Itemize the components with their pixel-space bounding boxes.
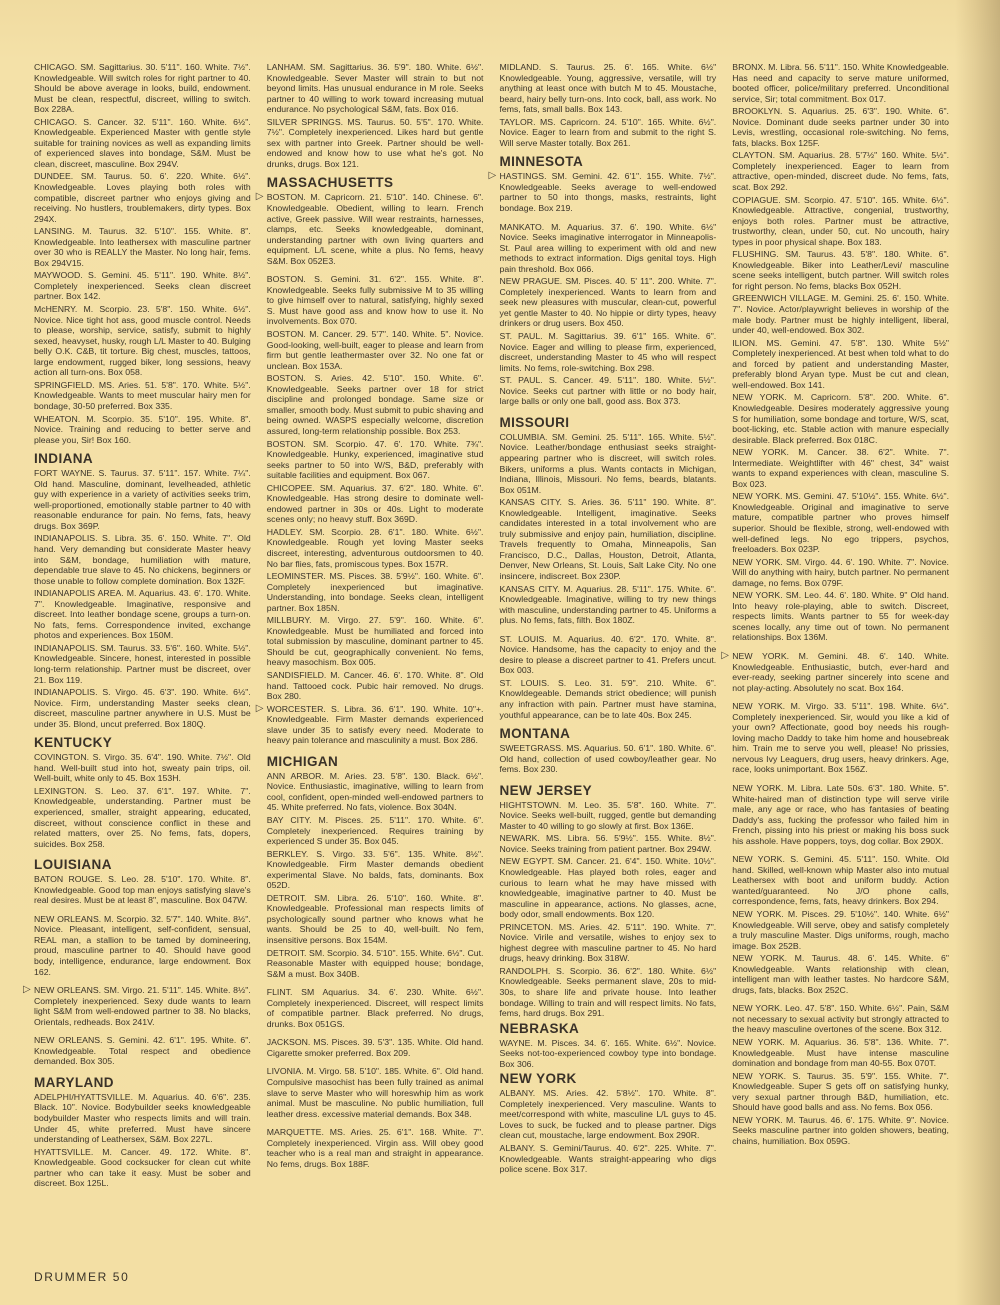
classified-ad: NEW YORK. S. Taurus. 35. 5'9". 155. Whit… xyxy=(732,1071,949,1113)
ad-text: FLINT. SM Aquarius. 34. 6'. 230. White. … xyxy=(267,987,484,1029)
ad-text: BOSTON. M. Capricorn. 21. 5'10". 140. Ch… xyxy=(267,192,484,265)
ad-text: DETROIT. SM. Scorpio. 34. 5'10". 155. Wh… xyxy=(267,948,484,979)
ad-text: MILLBURY. M. Virgo. 27. 5'9". 160. White… xyxy=(267,615,484,667)
classified-ad: BOSTON. S. Gemini. 31. 6'2". 155. White.… xyxy=(267,274,484,327)
classified-ad: ST. PAUL. M. Sagittarius. 39. 6'1" 165. … xyxy=(500,331,717,373)
ad-text: NEW YORK. M. Libra. Late 50s. 6'3". 180.… xyxy=(732,783,949,846)
ad-text: NEW ORLEANS. M. Scorpio. 32. 5'7". 140. … xyxy=(34,914,251,977)
classified-ad: SWEETGRASS. MS. Aquarius. 50. 6'1". 180.… xyxy=(500,743,717,775)
ad-text: SANDISFIELD. M. Cancer. 46. 6'. 170. Whi… xyxy=(267,670,484,701)
classified-ad: DETROIT. SM. Libra. 26. 5'10". 160. Whit… xyxy=(267,893,484,946)
ad-text: HYATTSVILLE. M. Cancer. 49. 172. White. … xyxy=(34,1147,251,1189)
classified-ad: NEW YORK. SM. Leo. 44. 6'. 180. White. 9… xyxy=(732,590,949,643)
ad-text: ADELPHI/HYATTSVILLE. M. Aquarius. 40. 6'… xyxy=(34,1092,251,1144)
column-2: LANHAM. SM. Sagittarius. 36. 5'9". 180. … xyxy=(267,62,484,1257)
classified-ad: ADELPHI/HYATTSVILLE. M. Aquarius. 40. 6'… xyxy=(34,1092,251,1145)
ad-text: CHICAGO. SM. Sagittarius. 30. 5'11". 160… xyxy=(34,62,251,114)
ad-text: ANN ARBOR. M. Aries. 23. 5'8". 130. Blac… xyxy=(267,771,484,813)
classified-ad: NEW YORK. M. Taurus. 46. 6'. 175. White.… xyxy=(732,1115,949,1147)
classified-ad: MILLBURY. M. Virgo. 27. 5'9". 160. White… xyxy=(267,615,484,668)
ad-text: ALBANY. S. Gemini/Taurus. 40. 6'2". 225.… xyxy=(500,1143,717,1174)
column-1: CHICAGO. SM. Sagittarius. 30. 5'11". 160… xyxy=(34,62,251,1257)
ad-text: WORCESTER. S. Libra. 36. 6'1". 190. Whit… xyxy=(267,704,484,746)
ad-text: NEW YORK. Leo. 47. 5'8". 150. White. 6½"… xyxy=(732,1003,949,1034)
ad-text: KANSAS CITY. S. Aries. 36. 5'11" 190. Wh… xyxy=(500,497,717,581)
classified-ad: LEXINGTON. S. Leo. 37. 6'1". 197. White.… xyxy=(34,786,251,849)
ad-text: MARQUETTE. MS. Aries. 25. 6'1". 168. Whi… xyxy=(267,1127,484,1169)
classified-ad: KANSAS CITY. M. Aquarius. 28. 5'11". 175… xyxy=(500,584,717,626)
classified-ad: CLAYTON. SM. Aquarius. 28. 5'7½" 160. Wh… xyxy=(732,150,949,192)
classified-ad: BROOKLYN. S. Aquarius. 25. 6'3". 190. Wh… xyxy=(732,106,949,148)
classified-ad: NEW YORK. SM. Virgo. 44. 6'. 190. White.… xyxy=(732,557,949,589)
ad-text: FORT WAYNE. S. Taurus. 37. 5'11". 157. W… xyxy=(34,468,251,531)
classified-ad: NEW YORK. M. Capricorn. 5'8". 200. White… xyxy=(732,392,949,445)
state-heading: NEW YORK xyxy=(500,1071,717,1086)
classified-ad: HIGHTSTOWN. M. Leo. 35. 5'8". 160. White… xyxy=(500,800,717,832)
classified-ad: BRONX. M. Libra. 56. 5'11". 150. White K… xyxy=(732,62,949,104)
classified-ad: DETROIT. SM. Scorpio. 34. 5'10". 155. Wh… xyxy=(267,948,484,980)
classified-ad: INDIANAPOLIS. S. Libra. 35. 6'. 150. Whi… xyxy=(34,533,251,586)
ad-text: NEW ORLEANS. S. Gemini. 42. 6'1". 195. W… xyxy=(34,1035,251,1066)
ad-text: DETROIT. SM. Libra. 26. 5'10". 160. Whit… xyxy=(267,893,484,945)
ad-text: WHEATON. M. Scorpio. 35. 5'10". 195. Whi… xyxy=(34,414,251,445)
classified-ad: NEW ORLEANS. M. Scorpio. 32. 5'7". 140. … xyxy=(34,914,251,977)
classified-ad: MANKATO. M. Aquarius. 37. 6'. 190. White… xyxy=(500,222,717,275)
classified-ad: HYATTSVILLE. M. Cancer. 49. 172. White. … xyxy=(34,1147,251,1189)
classified-ad: BAY CITY. M. Pisces. 25. 5'11". 170. Whi… xyxy=(267,815,484,847)
ad-text: NEW YORK. S. Gemini. 45. 5'11". 150. Whi… xyxy=(732,854,949,906)
ad-text: COLUMBIA. SM. Gemini. 25. 5'11". 165. Wh… xyxy=(500,432,717,495)
classified-ad: RANDOLPH. S. Scorpio. 36. 6'2". 180. Whi… xyxy=(500,966,717,1019)
ad-text: PRINCETON. MS. Aries. 42. 5'11". 190. Wh… xyxy=(500,922,717,964)
state-heading: INDIANA xyxy=(34,451,251,466)
classified-ad: ST. LOUIS. M. Aquarius. 40. 6'2". 170. W… xyxy=(500,634,717,676)
state-heading: KENTUCKY xyxy=(34,735,251,750)
classified-ad: HADLEY. SM. Scorpio. 28. 6'1". 180. Whit… xyxy=(267,527,484,569)
ad-text: NEW YORK. SM. Leo. 44. 6'. 180. White. 9… xyxy=(732,590,949,642)
ad-text: BAY CITY. M. Pisces. 25. 5'11". 170. Whi… xyxy=(267,815,484,846)
ad-text: LIVONIA. M. Virgo. 58. 5'10". 185. White… xyxy=(267,1066,484,1118)
classified-ad: ST. LOUIS. S. Leo. 31. 5'9". 210. White.… xyxy=(500,678,717,720)
ad-text: ILION. MS. Gemini. 47. 5'8". 130. White … xyxy=(732,338,949,390)
ad-text: CHICAGO. S. Cancer. 32. 5'11". 160. Whit… xyxy=(34,117,251,169)
ad-text: NEW YORK. S. Taurus. 35. 5'9". 155. Whit… xyxy=(732,1071,949,1113)
classified-ad: ANN ARBOR. M. Aries. 23. 5'8". 130. Blac… xyxy=(267,771,484,813)
ad-text: CLAYTON. SM. Aquarius. 28. 5'7½" 160. Wh… xyxy=(732,150,949,192)
ad-text: NEW YORK. MS. Gemini. 47. 5'10½". 155. W… xyxy=(732,491,949,554)
ad-text: SILVER SPRINGS. MS. Taurus. 50. 5'5". 17… xyxy=(267,117,484,169)
classified-ad: ▷NEW YORK. M. Gemini. 48. 6'. 140. White… xyxy=(732,651,949,693)
ad-text: TAYLOR. MS. Capricorn. 24. 5'10". 165. W… xyxy=(500,117,717,148)
ad-text: WAYNE. M. Pisces. 34. 6'. 165. White. 6½… xyxy=(500,1038,717,1069)
ad-text: BERKLEY. S. Virgo. 33. 5'6". 135. White.… xyxy=(267,849,484,891)
classified-ad: INDIANAPOLIS AREA. M. Aquarius. 43. 6'. … xyxy=(34,588,251,641)
state-heading: MICHIGAN xyxy=(267,754,484,769)
ad-text: SPRINGFIELD. MS. Aries. 51. 5'8". 170. W… xyxy=(34,380,251,411)
classified-ad: MIDLAND. S. Taurus. 25. 6'. 165. White. … xyxy=(500,62,717,115)
ad-text: NEW ORLEANS. SM. Virgo. 21. 5'11". 145. … xyxy=(34,985,251,1027)
classified-ad: FORT WAYNE. S. Taurus. 37. 5'11". 157. W… xyxy=(34,468,251,531)
magazine-page: CHICAGO. SM. Sagittarius. 30. 5'11". 160… xyxy=(0,0,1000,1305)
classified-ad: CHICOPEE. SM. Aquarius. 37. 6'2". 180. W… xyxy=(267,483,484,525)
classified-ad: NEW YORK. Leo. 47. 5'8". 150. White. 6½"… xyxy=(732,1003,949,1035)
ad-text: NEW YORK. M. Taurus. 48. 6'. 145. White.… xyxy=(732,953,949,995)
classified-ad: LANHAM. SM. Sagittarius. 36. 5'9". 180. … xyxy=(267,62,484,115)
ad-text: NEW PRAGUE. SM. Pisces. 40. 5' 11". 200.… xyxy=(500,276,717,328)
classified-ad: BOSTON. M. Cancer. 29. 5'7". 140. White.… xyxy=(267,329,484,371)
ad-text: ST. PAUL. M. Sagittarius. 39. 6'1" 165. … xyxy=(500,331,717,373)
state-heading: MASSACHUSETTS xyxy=(267,175,484,190)
classified-ad: NEW PRAGUE. SM. Pisces. 40. 5' 11". 200.… xyxy=(500,276,717,329)
ad-text: NEWARK. MS. Libra. 56. 5'9½". 155. White… xyxy=(500,833,717,854)
ad-text: LANSING. M. Taurus. 32. 5'10". 155. Whit… xyxy=(34,226,251,268)
classified-ad: JACKSON. MS. Pisces. 39. 5'3". 135. Whit… xyxy=(267,1037,484,1058)
ad-text: ST. PAUL. S. Cancer. 49. 5'11". 180. Whi… xyxy=(500,375,717,406)
classified-ad: WAYNE. M. Pisces. 34. 6'. 165. White. 6½… xyxy=(500,1038,717,1070)
ad-text: ST. LOUIS. S. Leo. 31. 5'9". 210. White.… xyxy=(500,678,717,720)
ad-text: HADLEY. SM. Scorpio. 28. 6'1". 180. Whit… xyxy=(267,527,484,569)
classified-ad: GREENWICH VILLAGE. M. Gemini. 25. 6'. 15… xyxy=(732,293,949,335)
classified-ad: MAYWOOD. S. Gemini. 45. 5'11". 190. Whit… xyxy=(34,270,251,302)
ad-text: NEW YORK. M. Gemini. 48. 6'. 140. White.… xyxy=(732,651,949,693)
ad-text: JACKSON. MS. Pisces. 39. 5'3". 135. Whit… xyxy=(267,1037,484,1058)
classified-ad: KANSAS CITY. S. Aries. 36. 5'11" 190. Wh… xyxy=(500,497,717,581)
ad-text: BOSTON. M. Cancer. 29. 5'7". 140. White.… xyxy=(267,329,484,371)
classified-ad: LIVONIA. M. Virgo. 58. 5'10". 185. White… xyxy=(267,1066,484,1119)
ad-text: LANHAM. SM. Sagittarius. 36. 5'9". 180. … xyxy=(267,62,484,114)
ad-text: NEW YORK. M. Pisces. 29. 5'10½". 140. Wh… xyxy=(732,909,949,951)
ad-text: BATON ROUGE. S. Leo. 28. 5'10". 170. Whi… xyxy=(34,874,251,905)
column-3: MIDLAND. S. Taurus. 25. 6'. 165. White. … xyxy=(500,62,717,1257)
ad-text: NEW YORK. M. Virgo. 33. 5'11". 198. Whit… xyxy=(732,701,949,774)
classified-ad: ST. PAUL. S. Cancer. 49. 5'11". 180. Whi… xyxy=(500,375,717,407)
classified-ad: NEW ORLEANS. S. Gemini. 42. 6'1". 195. W… xyxy=(34,1035,251,1067)
ad-text: ALBANY. MS. Aries. 42. 5'8½". 170. White… xyxy=(500,1088,717,1140)
state-heading: MISSOURI xyxy=(500,415,717,430)
state-heading: NEW JERSEY xyxy=(500,783,717,798)
ad-text: NEW YORK. M. Cancer. 38. 6'2". White. 7"… xyxy=(732,447,949,489)
ad-text: HASTINGS. SM. Gemini. 42. 6'1". 155. Whi… xyxy=(500,171,717,213)
ad-text: NEW YORK. SM. Virgo. 44. 6'. 190. White.… xyxy=(732,557,949,588)
ad-text: BOSTON. SM. Scorpio. 47. 6'. 170. White.… xyxy=(267,439,484,481)
ad-text: NEW YORK. M. Capricorn. 5'8". 200. White… xyxy=(732,392,949,444)
classified-ad: SILVER SPRINGS. MS. Taurus. 50. 5'5". 17… xyxy=(267,117,484,170)
classified-ad: NEW YORK. S. Gemini. 45. 5'11". 150. Whi… xyxy=(732,854,949,907)
classified-ad: ALBANY. S. Gemini/Taurus. 40. 6'2". 225.… xyxy=(500,1143,717,1175)
triangle-marker-icon: ▷ xyxy=(489,171,497,181)
ad-text: HIGHTSTOWN. M. Leo. 35. 5'8". 160. White… xyxy=(500,800,717,831)
ad-text: COPIAGUE. SM. Scorpio. 47. 5'10". 165. W… xyxy=(732,195,949,247)
classified-ad: PRINCETON. MS. Aries. 42. 5'11". 190. Wh… xyxy=(500,922,717,964)
ad-text: McHENRY. M. Scorpio. 23. 5'8". 150. Whit… xyxy=(34,304,251,377)
ad-text: INDIANAPOLIS. S. Libra. 35. 6'. 150. Whi… xyxy=(34,533,251,585)
triangle-marker-icon: ▷ xyxy=(23,985,31,995)
classified-ad: BERKLEY. S. Virgo. 33. 5'6". 135. White.… xyxy=(267,849,484,891)
classified-ad: BATON ROUGE. S. Leo. 28. 5'10". 170. Whi… xyxy=(34,874,251,906)
classified-ad: ▷NEW ORLEANS. SM. Virgo. 21. 5'11". 145.… xyxy=(34,985,251,1027)
column-4: BRONX. M. Libra. 56. 5'11". 150. White K… xyxy=(732,62,949,1257)
triangle-marker-icon: ▷ xyxy=(721,651,729,661)
triangle-marker-icon: ▷ xyxy=(256,704,264,714)
ad-text: BOSTON. S. Gemini. 31. 6'2". 155. White.… xyxy=(267,274,484,326)
classified-ad: NEW YORK. M. Taurus. 48. 6'. 145. White.… xyxy=(732,953,949,995)
classified-ad: FLINT. SM Aquarius. 34. 6'. 230. White. … xyxy=(267,987,484,1029)
ad-text: INDIANAPOLIS AREA. M. Aquarius. 43. 6'. … xyxy=(34,588,251,640)
classified-ad: CHICAGO. SM. Sagittarius. 30. 5'11". 160… xyxy=(34,62,251,115)
ad-text: SWEETGRASS. MS. Aquarius. 50. 6'1". 180.… xyxy=(500,743,717,774)
classified-ad: CHICAGO. S. Cancer. 32. 5'11". 160. Whit… xyxy=(34,117,251,170)
classified-ad: COLUMBIA. SM. Gemini. 25. 5'11". 165. Wh… xyxy=(500,432,717,495)
ad-text: FLUSHING. SM. Taurus. 43. 5'8". 180. Whi… xyxy=(732,249,949,291)
ad-text: RANDOLPH. S. Scorpio. 36. 6'2". 180. Whi… xyxy=(500,966,717,1018)
classified-ad: DUNDEE. SM. Taurus. 50. 6'. 220. White. … xyxy=(34,171,251,224)
classified-ad: NEW YORK. MS. Gemini. 47. 5'10½". 155. W… xyxy=(732,491,949,554)
classified-ad: LEOMINSTER. MS. Pisces. 38. 5'9½". 160. … xyxy=(267,571,484,613)
ad-text: LEXINGTON. S. Leo. 37. 6'1". 197. White.… xyxy=(34,786,251,849)
ad-text: INDIANAPOLIS. S. Virgo. 45. 6'3". 190. W… xyxy=(34,687,251,729)
ad-text: CHICOPEE. SM. Aquarius. 37. 6'2". 180. W… xyxy=(267,483,484,525)
classified-ad: TAYLOR. MS. Capricorn. 24. 5'10". 165. W… xyxy=(500,117,717,149)
ad-text: MIDLAND. S. Taurus. 25. 6'. 165. White. … xyxy=(500,62,717,114)
page-footer: DRUMMER 50 xyxy=(34,1270,129,1284)
classified-ad: COVINGTON. S. Virgo. 35. 6'4". 190. Whit… xyxy=(34,752,251,784)
classified-ad: ALBANY. MS. Aries. 42. 5'8½". 170. White… xyxy=(500,1088,717,1141)
classified-ad: ▷HASTINGS. SM. Gemini. 42. 6'1". 155. Wh… xyxy=(500,171,717,213)
classified-ad: MARQUETTE. MS. Aries. 25. 6'1". 168. Whi… xyxy=(267,1127,484,1169)
ad-text: BROOKLYN. S. Aquarius. 25. 6'3". 190. Wh… xyxy=(732,106,949,148)
classified-ad: WHEATON. M. Scorpio. 35. 5'10". 195. Whi… xyxy=(34,414,251,446)
ad-text: INDIANAPOLIS. SM. Taurus. 33. 5'6". 160.… xyxy=(34,643,251,685)
ad-text: ST. LOUIS. M. Aquarius. 40. 6'2". 170. W… xyxy=(500,634,717,676)
ad-text: DUNDEE. SM. Taurus. 50. 6'. 220. White. … xyxy=(34,171,251,223)
classified-ad: NEW EGYPT. SM. Cancer. 21. 6'4". 150. Wh… xyxy=(500,856,717,919)
classified-ad: ▷BOSTON. M. Capricorn. 21. 5'10". 140. C… xyxy=(267,192,484,266)
classified-ad: ILION. MS. Gemini. 47. 5'8". 130. White … xyxy=(732,338,949,391)
state-heading: NEBRASKA xyxy=(500,1021,717,1036)
ad-text: COVINGTON. S. Virgo. 35. 6'4". 190. Whit… xyxy=(34,752,251,783)
classified-ad: ▷WORCESTER. S. Libra. 36. 6'1". 190. Whi… xyxy=(267,704,484,746)
classified-ad: INDIANAPOLIS. S. Virgo. 45. 6'3". 190. W… xyxy=(34,687,251,729)
ad-text: BOSTON. S. Aries. 42. 5'10". 150. White.… xyxy=(267,373,484,436)
classified-ad: BOSTON. SM. Scorpio. 47. 6'. 170. White.… xyxy=(267,439,484,481)
classified-columns: CHICAGO. SM. Sagittarius. 30. 5'11". 160… xyxy=(34,62,949,1257)
classified-ad: LANSING. M. Taurus. 32. 5'10". 155. Whit… xyxy=(34,226,251,268)
state-heading: LOUISIANA xyxy=(34,857,251,872)
classified-ad: NEW YORK. M. Pisces. 29. 5'10½". 140. Wh… xyxy=(732,909,949,951)
classified-ad: NEW YORK. M. Aquarius. 36. 5'8". 136. Wh… xyxy=(732,1037,949,1069)
ad-text: MANKATO. M. Aquarius. 37. 6'. 190. White… xyxy=(500,222,717,274)
classified-ad: NEW YORK. M. Cancer. 38. 6'2". White. 7"… xyxy=(732,447,949,489)
classified-ad: McHENRY. M. Scorpio. 23. 5'8". 150. Whit… xyxy=(34,304,251,378)
classified-ad: NEW YORK. M. Virgo. 33. 5'11". 198. Whit… xyxy=(732,701,949,775)
classified-ad: SANDISFIELD. M. Cancer. 46. 6'. 170. Whi… xyxy=(267,670,484,702)
classified-ad: NEWARK. MS. Libra. 56. 5'9½". 155. White… xyxy=(500,833,717,854)
ad-text: NEW EGYPT. SM. Cancer. 21. 6'4". 150. Wh… xyxy=(500,856,717,919)
ad-text: BRONX. M. Libra. 56. 5'11". 150. White K… xyxy=(732,62,949,104)
classified-ad: COPIAGUE. SM. Scorpio. 47. 5'10". 165. W… xyxy=(732,195,949,248)
ad-text: NEW YORK. M. Taurus. 46. 6'. 175. White.… xyxy=(732,1115,949,1146)
ad-text: MAYWOOD. S. Gemini. 45. 5'11". 190. Whit… xyxy=(34,270,251,301)
classified-ad: SPRINGFIELD. MS. Aries. 51. 5'8". 170. W… xyxy=(34,380,251,412)
state-heading: MONTANA xyxy=(500,726,717,741)
classified-ad: BOSTON. S. Aries. 42. 5'10". 150. White.… xyxy=(267,373,484,436)
state-heading: MARYLAND xyxy=(34,1075,251,1090)
ad-text: LEOMINSTER. MS. Pisces. 38. 5'9½". 160. … xyxy=(267,571,484,613)
ad-text: GREENWICH VILLAGE. M. Gemini. 25. 6'. 15… xyxy=(732,293,949,335)
state-heading: MINNESOTA xyxy=(500,154,717,169)
classified-ad: FLUSHING. SM. Taurus. 43. 5'8". 180. Whi… xyxy=(732,249,949,291)
ad-text: KANSAS CITY. M. Aquarius. 28. 5'11". 175… xyxy=(500,584,717,626)
classified-ad: INDIANAPOLIS. SM. Taurus. 33. 5'6". 160.… xyxy=(34,643,251,685)
triangle-marker-icon: ▷ xyxy=(256,192,264,202)
classified-ad: NEW YORK. M. Libra. Late 50s. 6'3". 180.… xyxy=(732,783,949,846)
ad-text: NEW YORK. M. Aquarius. 36. 5'8". 136. Wh… xyxy=(732,1037,949,1068)
